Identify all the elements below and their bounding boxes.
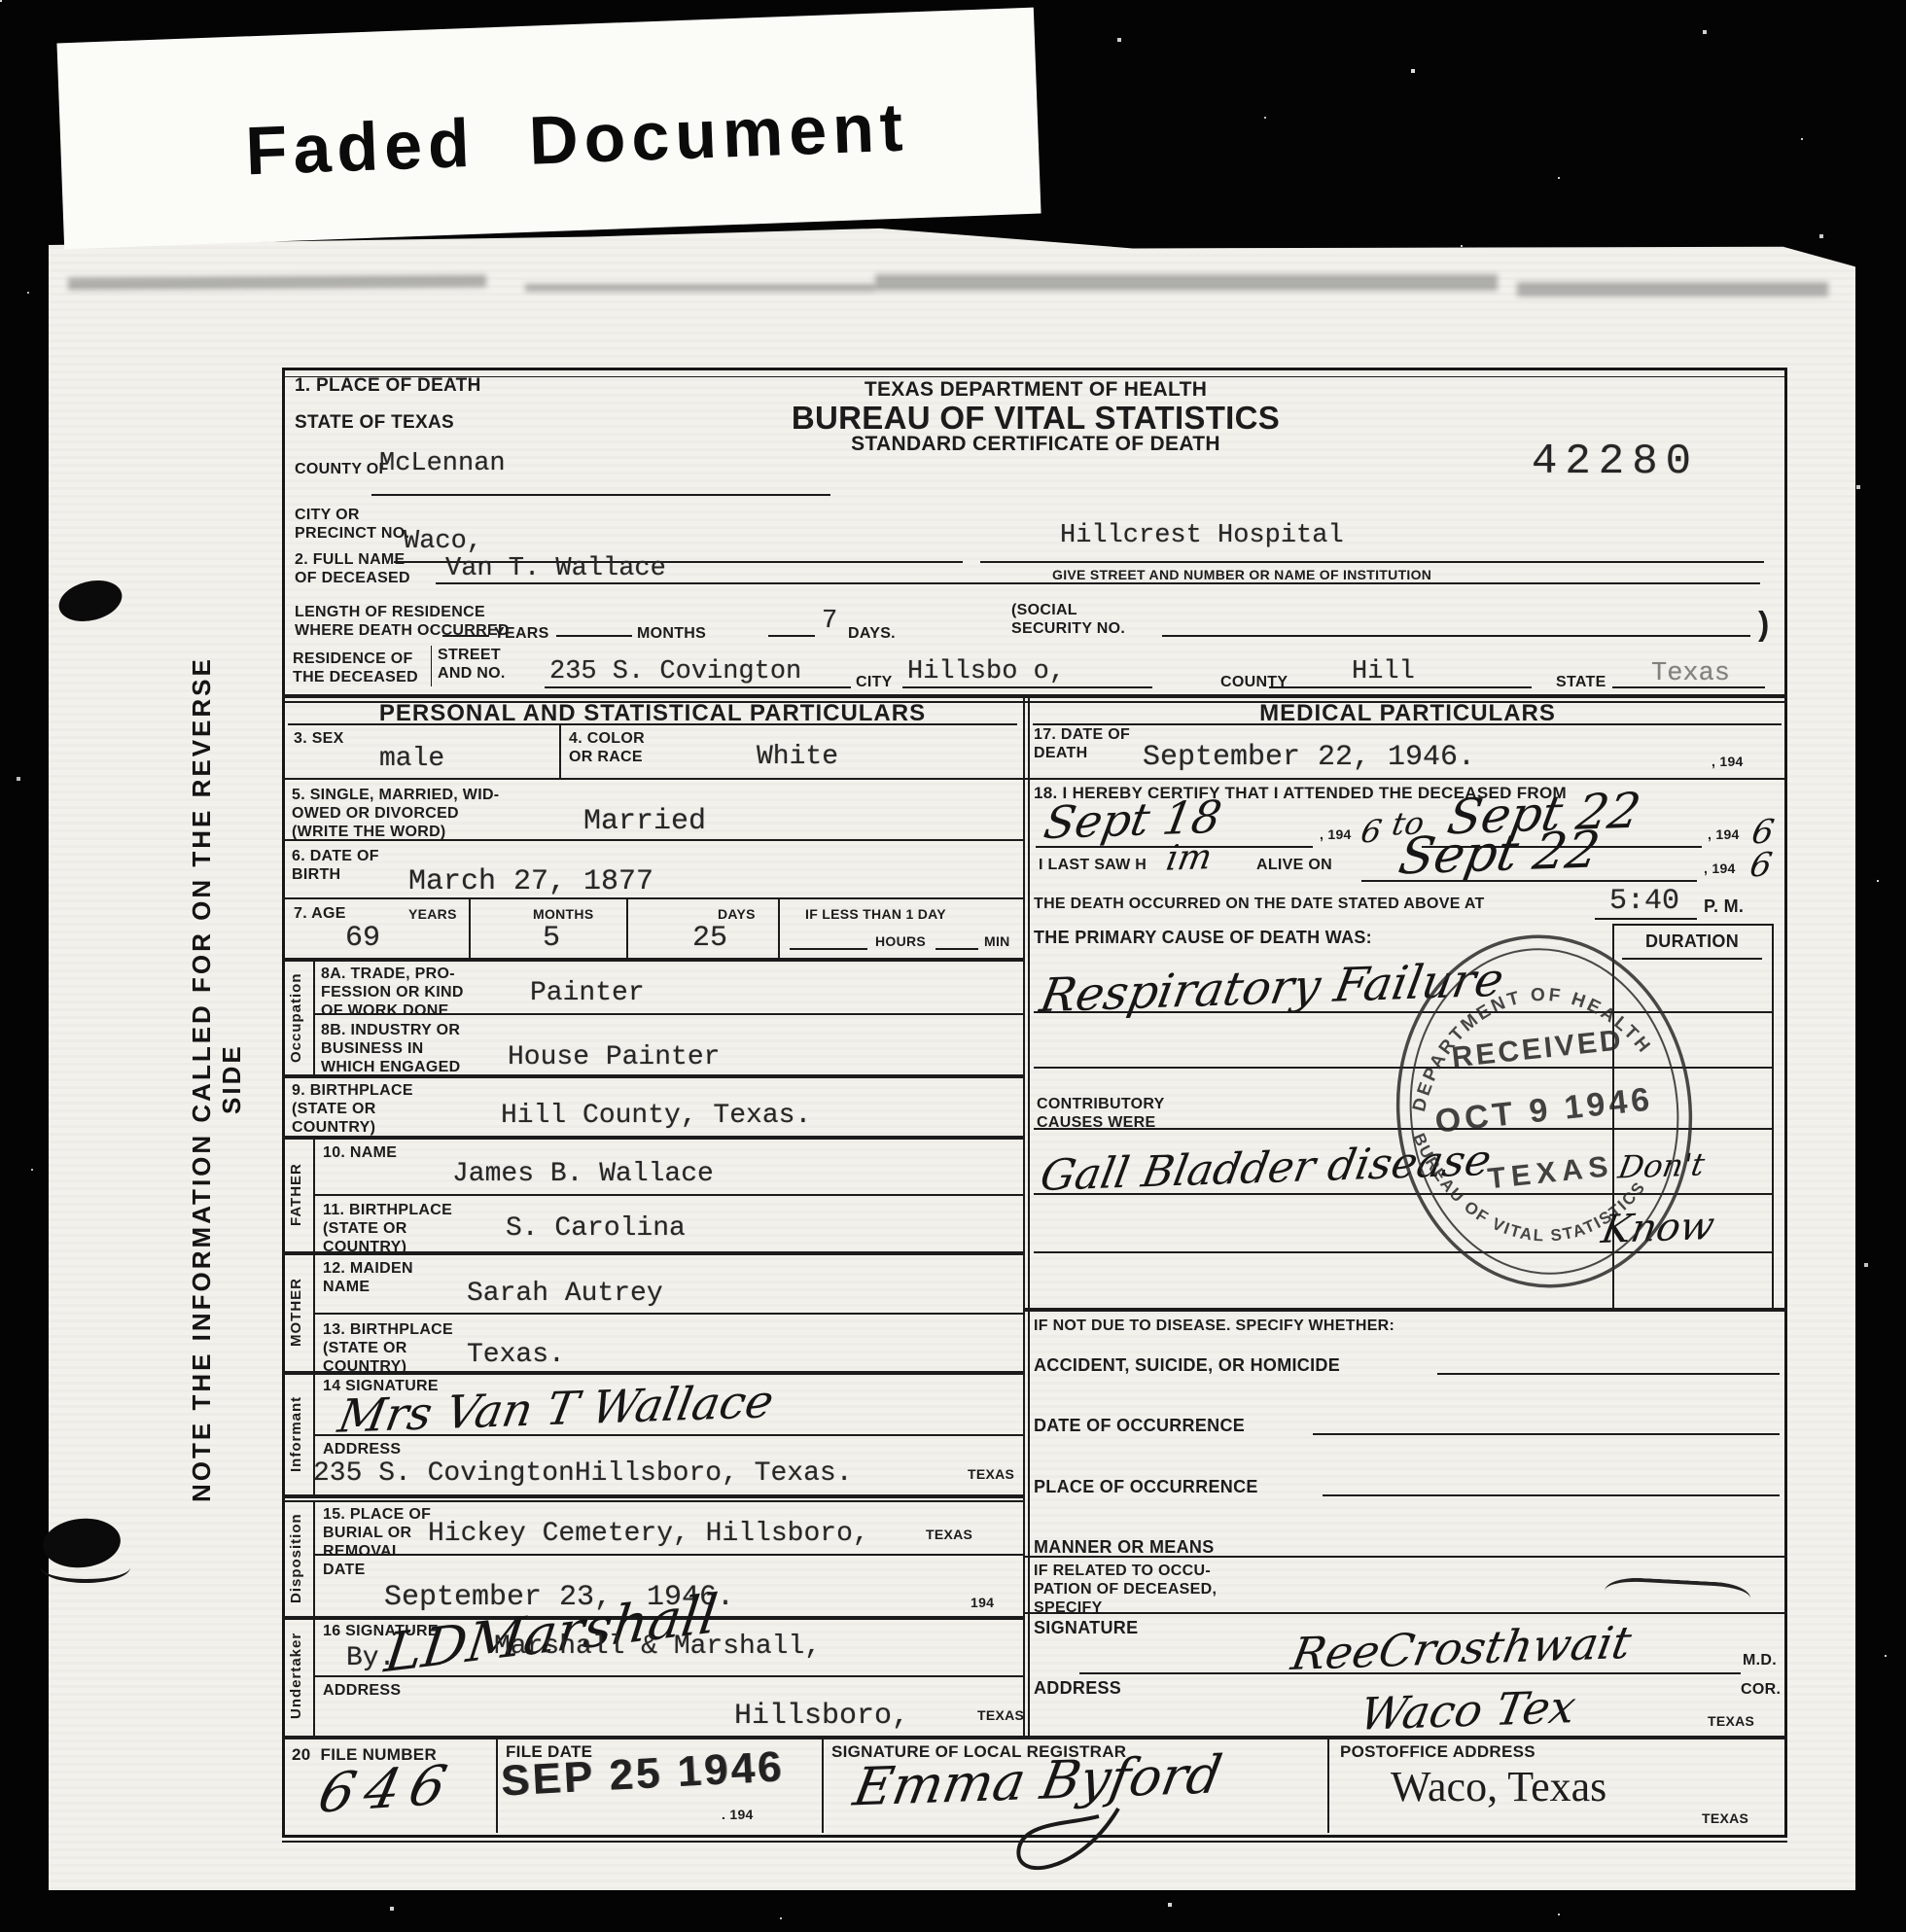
- informant-address-label: ADDRESS: [323, 1440, 401, 1458]
- father-name-value: James B. Wallace: [452, 1159, 714, 1189]
- rule: [1023, 1308, 1787, 1312]
- rule: [313, 1194, 1023, 1196]
- rule: [1079, 1672, 1741, 1674]
- county-label: COUNTY OF: [295, 460, 389, 478]
- industry-value: House Painter: [508, 1042, 720, 1072]
- ssn-label: (SOCIAL SECURITY NO.: [1011, 601, 1125, 638]
- contributory-label: CONTRIBUTORY CAUSES WERE: [1037, 1095, 1165, 1132]
- faded-document-slip: Faded Document: [56, 8, 1041, 250]
- undertaker-tab: Undertaker: [288, 1620, 304, 1732]
- rule: [313, 1675, 1023, 1677]
- rule: [282, 1736, 1787, 1739]
- duration-box-right: [1772, 924, 1774, 1308]
- state-of-texas-label: STATE OF TEXAS: [295, 412, 454, 435]
- years-label: YEARS: [494, 624, 549, 643]
- burial-place-label: 15. PLACE OF BURIAL OR REMOVAL: [323, 1505, 431, 1562]
- institution-value: Hillcrest Hospital: [1060, 521, 1344, 550]
- top-smudge: [875, 274, 1498, 291]
- physician-address-script: Waco Tex: [1356, 1680, 1579, 1740]
- burial-state: TEXAS: [926, 1527, 972, 1543]
- state-value: Texas: [1651, 659, 1730, 688]
- rule: [935, 948, 978, 950]
- father-birthplace-label: 11. BIRTHPLACE (STATE OR COUNTRY): [323, 1201, 452, 1257]
- stamp-date: OCT 9 1946: [1433, 1080, 1655, 1140]
- burial-place-value: Hickey Cemetery, Hillsboro,: [428, 1519, 869, 1549]
- rule: [496, 1736, 498, 1833]
- if-less-than-day-label: IF LESS THAN 1 DAY: [805, 906, 946, 923]
- rule: [436, 582, 1760, 584]
- year2-label: , 194: [1708, 826, 1740, 843]
- received-stamp: DEPARTMENT OF HEALTH BUREAU OF VITAL STA…: [1360, 905, 1729, 1317]
- rule: [313, 1313, 1023, 1315]
- rule: [1612, 686, 1765, 688]
- city-precinct-label: CITY OR PRECINCT NO.: [295, 506, 409, 543]
- ssn-paren: ): [1758, 605, 1770, 645]
- rule: [313, 1013, 1023, 1015]
- undertaker-address-value: Hillsboro,: [734, 1700, 909, 1733]
- year1-label: , 194: [1320, 826, 1352, 843]
- county-value: McLennan: [379, 449, 506, 478]
- rule: [902, 686, 1152, 688]
- rule: [288, 723, 1017, 725]
- rule: [822, 1736, 824, 1833]
- accident-label: ACCIDENT, SUICIDE, OR HOMICIDE: [1034, 1355, 1340, 1377]
- rule: [282, 778, 1784, 780]
- rule: [1269, 686, 1532, 688]
- days-value: 7: [822, 607, 837, 636]
- father-name-label: 10. NAME: [323, 1143, 397, 1162]
- rule: [313, 1434, 1023, 1436]
- column-divider: [1023, 694, 1025, 1736]
- sex-value: male: [379, 744, 444, 774]
- rule: [1313, 1433, 1780, 1435]
- age-years-value: 69: [345, 922, 380, 955]
- rule: [282, 1500, 1023, 1502]
- street-label: STREET AND NO.: [438, 646, 506, 683]
- related-occupation-label: IF RELATED TO OCCU- PATION OF DECEASED, …: [1034, 1562, 1217, 1618]
- physician-address-label: ADDRESS: [1034, 1678, 1121, 1700]
- residence-label: RESIDENCE OF THE DECEASED: [293, 650, 418, 686]
- banner-title: Faded Document: [244, 88, 909, 190]
- marital-label: 5. SINGLE, MARRIED, WID- OWED OR DIVORCE…: [292, 786, 499, 842]
- informant-address-state: TEXAS: [968, 1466, 1014, 1483]
- disposition-tab: Disposition: [288, 1505, 304, 1612]
- city2-label: CITY: [856, 673, 893, 691]
- age-days-label: DAYS: [718, 906, 756, 923]
- age-label: 7. AGE: [294, 904, 346, 923]
- mother-birthplace-label: 13. BIRTHPLACE (STATE OR COUNTRY): [323, 1320, 453, 1377]
- marital-value: Married: [583, 805, 706, 838]
- certificate-number: 42280: [1532, 438, 1699, 486]
- postoffice-label: POSTOFFICE ADDRESS: [1340, 1742, 1535, 1762]
- film-speckles: [0, 0, 2, 2]
- rule: [1437, 1373, 1780, 1375]
- stamp-state: TEXAS: [1486, 1150, 1615, 1195]
- color-race-label: 4. COLOR OR RACE: [569, 729, 645, 766]
- institution-hint: GIVE STREET AND NUMBER OR NAME OF INSTIT…: [1052, 567, 1431, 583]
- rule: [545, 686, 851, 688]
- physician-address-state: TEXAS: [1708, 1713, 1754, 1730]
- informant-tab: Informant: [288, 1376, 304, 1493]
- undertaker-address-label: ADDRESS: [323, 1681, 401, 1700]
- mother-birthplace-value: Texas.: [467, 1340, 565, 1370]
- sex-label: 3. SEX: [294, 729, 344, 748]
- rule: [1023, 1612, 1787, 1614]
- rule: [282, 1371, 1023, 1375]
- rule: [282, 839, 1023, 841]
- city-value: Waco,: [404, 527, 482, 556]
- hours-label: HOURS: [875, 933, 926, 950]
- age-years-label: YEARS: [408, 906, 457, 923]
- cor-label: COR.: [1741, 1680, 1781, 1699]
- min-label: MIN: [984, 933, 1010, 950]
- rule: [282, 1494, 1023, 1498]
- burial-date-label: DATE: [323, 1561, 366, 1579]
- father-birthplace-value: S. Carolina: [506, 1213, 686, 1244]
- birthplace-label: 9. BIRTHPLACE (STATE OR COUNTRY): [292, 1081, 413, 1138]
- rule: [1033, 723, 1782, 725]
- date-occurrence-label: DATE OF OCCURRENCE: [1034, 1416, 1245, 1437]
- mother-tab: MOTHER: [288, 1256, 304, 1368]
- postoffice-value: Waco, Texas: [1391, 1762, 1606, 1811]
- maiden-name-label: 12. MAIDEN NAME: [323, 1259, 413, 1296]
- rule: [282, 897, 1023, 899]
- rule: [469, 899, 471, 958]
- industry-label: 8B. INDUSTRY OR BUSINESS IN WHICH ENGAGE…: [321, 1021, 460, 1077]
- rule: [313, 1500, 315, 1616]
- occupation-tab: Occupation: [288, 965, 304, 1071]
- rule: [1323, 1494, 1780, 1496]
- top-smudge: [525, 284, 875, 292]
- dob-label: 6. DATE OF BIRTH: [292, 847, 379, 884]
- months-label: MONTHS: [637, 624, 706, 643]
- death-occurred-label: THE DEATH OCCURRED ON THE DATE STATED AB…: [1034, 895, 1485, 913]
- county2-value: Hill: [1352, 657, 1415, 686]
- father-tab: FATHER: [288, 1142, 304, 1248]
- rule: [1023, 1556, 1787, 1558]
- rule: [556, 635, 632, 637]
- rule: [431, 646, 432, 686]
- county2-label: COUNTY: [1220, 673, 1288, 691]
- rule: [282, 694, 1787, 698]
- date-of-death-value: September 22, 1946.: [1143, 741, 1475, 774]
- rule: [282, 958, 1023, 962]
- rule: [559, 723, 561, 778]
- place-of-death-label: 1. PLACE OF DEATH: [295, 375, 481, 398]
- death-time-ampm: P. M.: [1704, 896, 1744, 918]
- rule: [1327, 1736, 1329, 1833]
- punch-hole-ring: [41, 1552, 130, 1583]
- scanned-death-certificate: Faded Document NOTE THE INFORMATION CALL…: [0, 0, 1906, 1932]
- street-value: 235 S. Covington: [549, 657, 801, 686]
- rule: [768, 635, 815, 637]
- rule: [282, 1136, 1023, 1140]
- postoffice-state: TEXAS: [1702, 1810, 1748, 1827]
- rule: [980, 561, 1764, 563]
- undertaker-typed-name: Marshall & Marshall,: [494, 1632, 821, 1662]
- rule: [371, 494, 830, 496]
- not-disease-label: IF NOT DUE TO DISEASE. SPECIFY WHETHER:: [1034, 1317, 1394, 1335]
- last-saw-label-2: ALIVE ON: [1256, 856, 1332, 874]
- dob-value: March 27, 1877: [408, 865, 653, 898]
- rule: [626, 899, 628, 958]
- place-occurrence-label: PLACE OF OCCURRENCE: [1034, 1477, 1258, 1498]
- undertaker-address-state: TEXAS: [977, 1707, 1024, 1724]
- last-saw-him-script: im: [1163, 837, 1215, 879]
- rule: [282, 1251, 1023, 1255]
- file-number-script: 646: [313, 1753, 462, 1825]
- state-label: STATE: [1556, 673, 1606, 691]
- date-of-death-suffix: , 194: [1712, 754, 1744, 770]
- rule: [282, 1841, 1787, 1843]
- reverse-side-note: NOTE THE INFORMATION CALLED FOR ON THE R…: [187, 642, 247, 1517]
- standard-line: STANDARD CERTIFICATE OF DEATH: [574, 432, 1498, 456]
- rule: [313, 958, 315, 1074]
- date-of-death-label: 17. DATE OF DEATH: [1034, 725, 1130, 762]
- fullname-label: 2. FULL NAME OF DECEASED: [295, 550, 410, 587]
- last-saw-date-script: Sept 22: [1394, 821, 1604, 886]
- top-smudge: [1517, 282, 1828, 297]
- city2-value: Hillsbo o,: [907, 657, 1065, 686]
- md-label: M.D.: [1743, 1651, 1777, 1669]
- trade-value: Painter: [530, 978, 645, 1008]
- rule: [442, 635, 489, 637]
- age-months-value: 5: [543, 922, 560, 955]
- days-label: DAYS.: [848, 624, 896, 643]
- informant-address-value: 235 S. CovingtonHillsboro, Texas.: [313, 1458, 853, 1489]
- rule: [313, 1554, 1023, 1556]
- signature-flourish: [992, 1807, 1157, 1884]
- age-months-label: MONTHS: [533, 906, 593, 923]
- file-date-suffix: . 194: [722, 1807, 754, 1823]
- color-race-value: White: [757, 742, 838, 772]
- year3-label: , 194: [1704, 861, 1736, 877]
- column-divider: [1028, 694, 1030, 1736]
- maiden-name-value: Sarah Autrey: [467, 1279, 663, 1309]
- fullname-value: Van T. Wallace: [445, 554, 666, 583]
- stamp-received: RECEIVED: [1450, 1024, 1625, 1073]
- rule: [1162, 635, 1750, 637]
- rule: [313, 1251, 315, 1371]
- physician-signature-label: SIGNATURE: [1034, 1618, 1138, 1639]
- age-days-value: 25: [692, 922, 727, 955]
- primary-cause-label: THE PRIMARY CAUSE OF DEATH WAS:: [1034, 928, 1372, 949]
- birthplace-value: Hill County, Texas.: [501, 1101, 811, 1131]
- rule: [1361, 880, 1697, 882]
- rule: [282, 1074, 1023, 1078]
- rule: [790, 948, 867, 950]
- trade-label: 8A. TRADE, PRO- FESSION OR KIND OF WORK …: [321, 965, 464, 1021]
- last-saw-label-1: I LAST SAW H: [1039, 856, 1147, 874]
- burial-date-suffix: 194: [971, 1595, 994, 1611]
- rule: [778, 899, 780, 958]
